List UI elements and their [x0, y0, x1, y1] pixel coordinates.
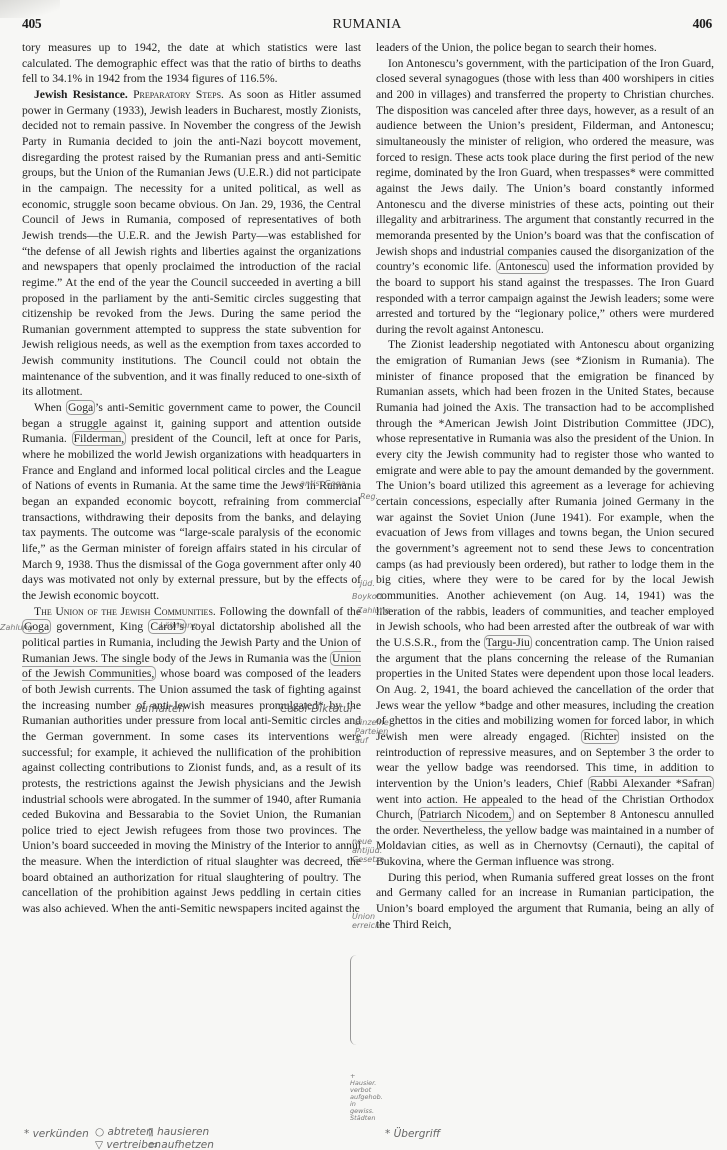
- handwritten-note: Boykott: [352, 592, 383, 601]
- circled-name: Goga: [66, 400, 95, 415]
- handwritten-note: Carol-Diktatur: [280, 703, 354, 715]
- paragraph-goga: When Goga’s anti-Semitic government came…: [22, 400, 361, 604]
- handwritten-note: Zahlung: [0, 623, 33, 632]
- handwritten-gloss: * verkünden: [24, 1128, 89, 1140]
- handwritten-note: + Hausier. verbot aufgehob. in gewiss. S…: [350, 1073, 378, 1122]
- text: president of the Council, left at once f…: [22, 432, 361, 602]
- scanned-book-page: 405 RUMANIA 406 tory measures up to 1942…: [0, 0, 727, 1150]
- text: Ion Antonescu’s government, with the par…: [376, 57, 714, 274]
- text: government, King: [56, 620, 143, 633]
- handwritten-brace: [350, 955, 363, 1045]
- paragraph-zionist: The Zionist leadership negotiated with A…: [376, 337, 714, 869]
- left-page-number: 405: [22, 16, 41, 32]
- handwritten-gloss: ▭ aufhetzen: [148, 1139, 214, 1150]
- paragraph: tory measures up to 1942, the date at wh…: [22, 40, 361, 87]
- circled-name: Richter: [581, 729, 619, 744]
- section-heading: Jewish Resistance.: [34, 88, 128, 101]
- text: The Zionist leadership negotiated with A…: [376, 338, 714, 648]
- paragraph: leaders of the Union, the police began t…: [376, 40, 714, 56]
- circled-name: Antonescu: [496, 259, 550, 274]
- handwritten-note: jüd.: [360, 579, 375, 588]
- running-title: RUMANIA: [333, 17, 402, 33]
- subsection-heading: Preparatory Steps.: [133, 88, 224, 101]
- text: concentration camp. The Union raised the…: [376, 636, 714, 743]
- text: When: [34, 401, 62, 414]
- paragraph-text: As soon as Hitler assumed power in Germa…: [22, 88, 361, 398]
- circled-name: Rabbi Alexander *Safran: [588, 776, 714, 791]
- circled-name: Filderman,: [72, 431, 127, 446]
- handwritten-note: Lähmung: [160, 621, 197, 630]
- handwritten-note: Einzelne Parteien auf: [355, 718, 381, 745]
- paragraph-union: The Union of the Jewish Communities. Fol…: [22, 604, 361, 917]
- handwritten-gloss: ▯ hausieren: [148, 1126, 209, 1138]
- page-header: 405 RUMANIA 406: [22, 16, 712, 34]
- right-column: leaders of the Union, the police began t…: [376, 40, 714, 932]
- handwritten-note: Zahlung: [357, 606, 390, 615]
- circled-name: Patriarch Nicodem,: [418, 807, 514, 822]
- handwritten-gloss: ○ abtreten: [95, 1126, 153, 1138]
- paragraph-antonescu: Ion Antonescu’s government, with the par…: [376, 56, 714, 338]
- subsection-heading: The Union of the Jewish Communities.: [34, 605, 216, 618]
- paragraph-jewish-resistance: Jewish Resistance. Preparatory Steps. As…: [22, 87, 361, 400]
- text: Following the downfall of the: [219, 605, 361, 618]
- handwritten-note: aufhalten: [135, 703, 185, 715]
- handwritten-note: + neue antijüd. Gesetze: [352, 828, 380, 864]
- right-page-number: 406: [693, 16, 712, 32]
- circled-name: Targu-Jiu: [484, 635, 532, 650]
- handwritten-note: antis. Goga-: [300, 479, 349, 488]
- handwritten-note: Union erreicht: [352, 912, 376, 930]
- handwritten-note: Reg.: [360, 492, 378, 501]
- handwritten-gloss: * Übergriff: [385, 1128, 440, 1140]
- paragraph-losses: During this period, when Rumania suffere…: [376, 870, 714, 933]
